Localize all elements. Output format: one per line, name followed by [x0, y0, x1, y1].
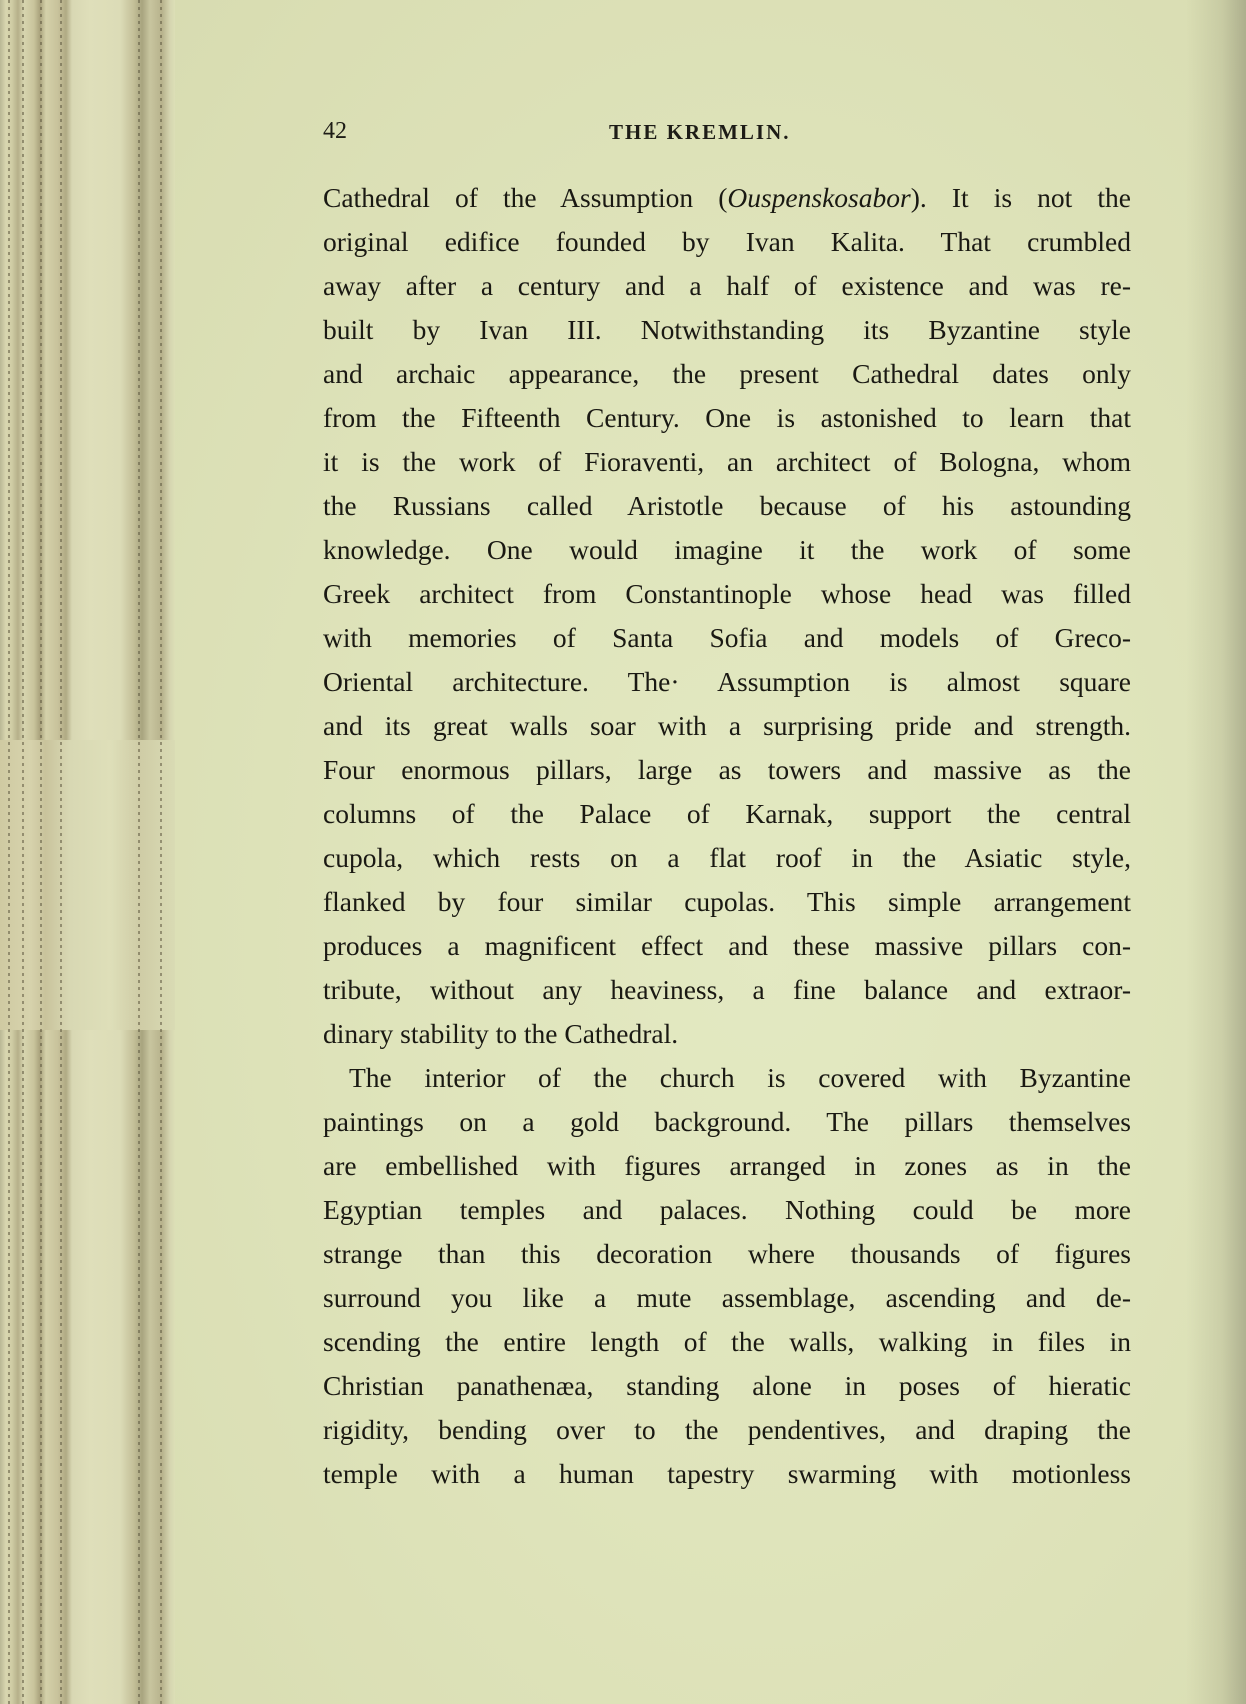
page-curl-shadow	[1186, 0, 1246, 1704]
text-line: Christian panathenæa, standing alone in …	[323, 1364, 1131, 1408]
text-line: knowledge. One would imagine it the work…	[323, 528, 1131, 572]
text-line: scending the entire length of the walls,…	[323, 1320, 1131, 1364]
text-line: temple with a human tapestry swarming wi…	[323, 1452, 1131, 1496]
page-edge-line	[138, 0, 140, 1704]
text-line: Four enormous pillars, large as towers a…	[323, 748, 1131, 792]
text-line: columns of the Palace of Karnak, support…	[323, 792, 1131, 836]
text-line: rigidity, bending over to the pendentive…	[323, 1408, 1131, 1452]
text-line: away after a century and a half of exist…	[323, 264, 1131, 308]
paragraph-start-line: The interior of the church is covered wi…	[323, 1056, 1131, 1100]
running-head: 42 THE KREMLIN.	[323, 118, 1083, 148]
text-line: strange than this decoration where thous…	[323, 1232, 1131, 1276]
text-line: cupola, which rests on a flat roof in th…	[323, 836, 1131, 880]
text-line: Greek architect from Constantinople whos…	[323, 572, 1131, 616]
text-line: the Russians called Aristotle because of…	[323, 484, 1131, 528]
text-line: built by Ivan III. Notwithstanding its B…	[323, 308, 1131, 352]
page-edge-band	[0, 740, 175, 1030]
text-line: surround you like a mute assemblage, asc…	[323, 1276, 1131, 1320]
page-number: 42	[323, 118, 347, 145]
text-line: paintings on a gold background. The pill…	[323, 1100, 1131, 1144]
text-line: Oriental architecture. The· Assumption i…	[323, 660, 1131, 704]
text-span: Cathedral of the Assumption (	[323, 182, 727, 213]
italic-term: Ouspenskosabor	[727, 182, 910, 213]
text-line: and its great walls soar with a surprisi…	[323, 704, 1131, 748]
page-edge-line	[160, 0, 162, 1704]
stacked-page-edges	[0, 0, 175, 1704]
page-edge-line	[8, 0, 10, 1704]
text-line: are embellished with figures arranged in…	[323, 1144, 1131, 1188]
paragraph-end-line: dinary stability to the Cathedral.	[323, 1012, 1131, 1056]
page-edge-line	[40, 0, 42, 1704]
text-line: from the Fifteenth Century. One is aston…	[323, 396, 1131, 440]
page-edge-line	[22, 0, 24, 1704]
text-line: with memories of Santa Sofia and models …	[323, 616, 1131, 660]
text-span: ). It is not the	[911, 182, 1131, 213]
text-line: and archaic appearance, the present Cath…	[323, 352, 1131, 396]
text-line: original edifice founded by Ivan Kalita.…	[323, 220, 1131, 264]
text-line: it is the work of Fioraventi, an archite…	[323, 440, 1131, 484]
text-line: produces a magnificent effect and these …	[323, 924, 1131, 968]
page-edge-line	[60, 0, 62, 1704]
text-line: flanked by four similar cupolas. This si…	[323, 880, 1131, 924]
running-head-title: THE KREMLIN.	[609, 120, 791, 145]
text-line: tribute, without any heaviness, a fine b…	[323, 968, 1131, 1012]
body-text: Cathedral of the Assumption (Ouspenskosa…	[323, 176, 1131, 1496]
text-line: Egyptian temples and palaces. Nothing co…	[323, 1188, 1131, 1232]
text-line: Cathedral of the Assumption (Ouspenskosa…	[323, 176, 1131, 220]
